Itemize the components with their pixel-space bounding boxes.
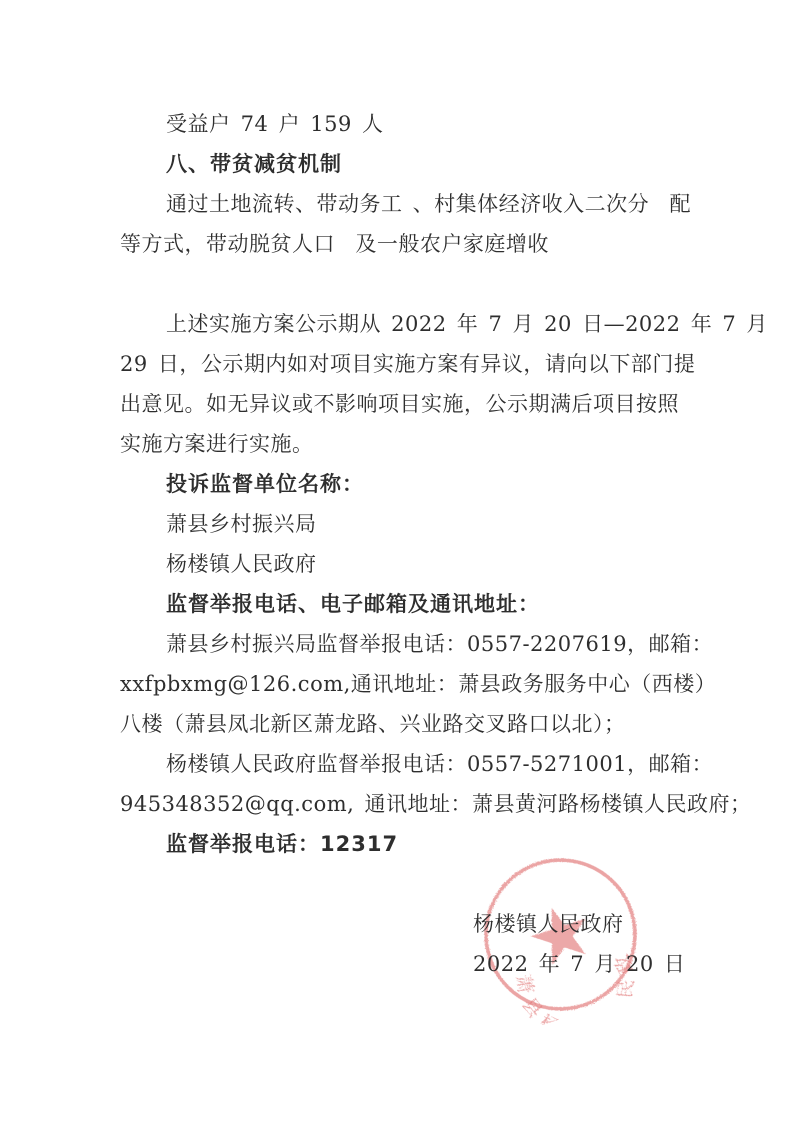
text-line-6: 29 日，公示期内如对项目实施方案有异议，请向以下部门提 [120,344,680,384]
document-body: 受益户 74 户 159 人八、带贫减贫机制通过土地流转、带动务工 、村集体经济… [120,104,680,864]
text-line-8: 实施方案进行实施。 [120,424,680,464]
text-line-12: 监督举报电话、电子邮箱及通讯地址： [120,584,680,624]
text-line-5: 上述实施方案公示期从 2022 年 7 月 20 日—2022 年 7 月 [120,304,680,344]
text-line-0: 受益户 74 户 159 人 [120,104,680,144]
text-line-11: 杨楼镇人民政府 [120,544,680,584]
signature-block: 杨楼镇人民政府 2022 年 7 月 20 日 [473,904,685,984]
document-page: 受益户 74 户 159 人八、带贫减贫机制通过土地流转、带动务工 、村集体经济… [0,0,793,1121]
text-line-4 [120,264,680,304]
text-line-14: xxfpbxmg@126.com,通讯地址：萧县政务服务中心（西楼） [120,664,680,704]
signature-authority: 杨楼镇人民政府 [473,904,685,944]
text-line-9: 投诉监督单位名称： [120,464,680,504]
text-line-1: 八、带贫减贫机制 [120,144,680,184]
signature-date: 2022 年 7 月 20 日 [473,944,685,984]
text-line-15: 八楼（萧县凤北新区萧龙路、兴业路交叉路口以北）； [120,704,680,744]
text-line-13: 萧县乡村振兴局监督举报电话：0557-2207619，邮箱： [120,624,680,664]
text-line-17: 945348352@qq.com, 通讯地址：萧县黄河路杨楼镇人民政府； [120,784,680,824]
text-line-2: 通过土地流转、带动务工 、村集体经济收入二次分 配 [120,184,680,224]
text-line-7: 出意见。如无异议或不影响项目实施，公示期满后项目按照 [120,384,680,424]
text-line-3: 等方式，带动脱贫人口 及一般农户家庭增收 [120,224,680,264]
text-line-10: 萧县乡村振兴局 [120,504,680,544]
text-line-16: 杨楼镇人民政府监督举报电话：0557-5271001，邮箱： [120,744,680,784]
